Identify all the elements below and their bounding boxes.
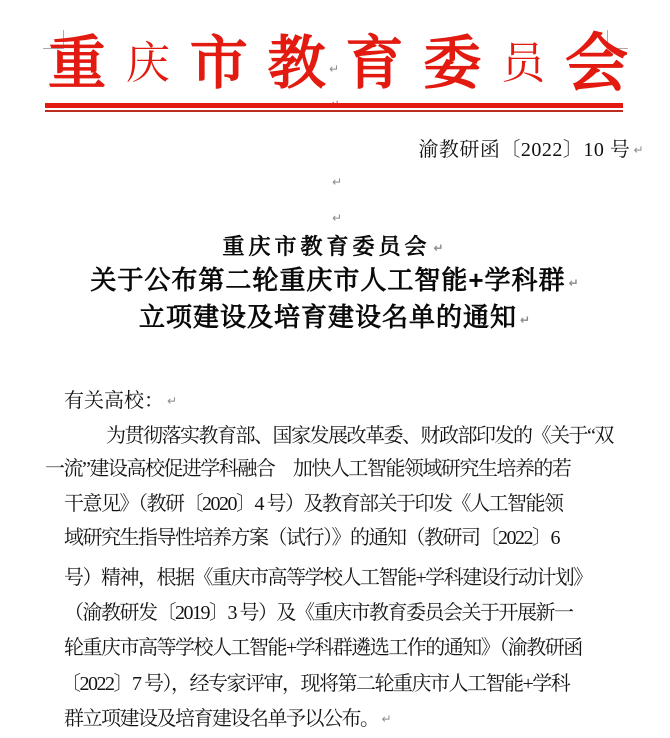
title-line-3-text: 立项建设及培育建设名单的通知 (139, 302, 517, 332)
agency-char: 庆 (126, 42, 170, 86)
body-line: 轮重庆市高等学校人工智能+学科群遴选工作的通知》（渝教研函 (64, 631, 582, 660)
body-line: 群立项建设及培育建设名单予以公布。↵ (64, 702, 390, 731)
body-line: 号）精神，根据《重庆市高等学校人工智能+学科建设行动计划》 (64, 561, 592, 590)
paragraph-mark-icon: ↵ (382, 712, 391, 726)
body-line-text: 群立项建设及培育建设名单予以公布。 (64, 708, 379, 730)
doc-number-text: 渝教研函〔2022〕10 号 (418, 139, 630, 161)
letterhead-rule-thin (45, 110, 623, 112)
agency-char: 重 (48, 35, 106, 93)
body-line: 干意见》（教研〔2020〕4 号）及教育部关于印发《人工智能领 (64, 487, 563, 516)
agency-char: 委 (423, 35, 481, 93)
agency-char: 育 (345, 35, 403, 93)
body-line: 〔2022〕7 号），经专家评审，现将第二轮重庆市人工智能+学科 (61, 667, 569, 696)
title-line-1: 重庆市教育委员会↵ (0, 234, 670, 259)
doc-number: 渝教研函〔2022〕10 号↵ (418, 133, 644, 162)
paragraph-mark-icon: ↵ (167, 394, 177, 408)
paragraph-mark-icon: ↵ (520, 313, 531, 327)
paragraph-mark-icon: ↵ (569, 276, 580, 290)
paragraph-mark-icon: ↵ (329, 63, 339, 75)
agency-char: 员 (501, 42, 545, 86)
document-page: 重庆市教育委员会 ↵ ↵ 渝教研函〔2022〕10 号↵ ↵ ↵ 重庆市教育委员… (0, 0, 670, 738)
paragraph-mark-icon: ↵ (331, 100, 339, 110)
agency-char: 市 (190, 35, 248, 93)
paragraph-mark-icon: ↵ (332, 212, 342, 224)
body-line: 为贯彻落实教育部、国家发展改革委、财政部印发的《关于“双 (106, 419, 613, 448)
agency-char: 教 (268, 35, 326, 93)
title-line-2-text: 关于公布第二轮重庆市人工智能+学科群 (90, 265, 565, 295)
salutation-text: 有关高校： (64, 390, 164, 412)
title-line-3: 立项建设及培育建设名单的通知↵ (0, 303, 670, 333)
agency-char: 会 (565, 33, 628, 96)
body-line: 域研究生指导性培养方案（试行）》的通知（教研司〔2022〕6 (64, 521, 559, 550)
paragraph-mark-icon: ↵ (332, 176, 342, 188)
title-line-2: 关于公布第二轮重庆市人工智能+学科群↵ (0, 266, 670, 296)
paragraph-mark-icon: ↵ (433, 241, 447, 255)
salutation: 有关高校：↵ (64, 384, 177, 413)
body-line: （渝教研发〔2019〕3 号）及《重庆市教育委员会关于开展新一 (64, 596, 573, 625)
paragraph-mark-icon: ↵ (633, 143, 644, 157)
title-line-1-text: 重庆市教育委员会 (222, 234, 430, 259)
body-line: 一流”建设高校促进学科融合 加快人工智能领域研究生培养的若 (45, 452, 570, 481)
